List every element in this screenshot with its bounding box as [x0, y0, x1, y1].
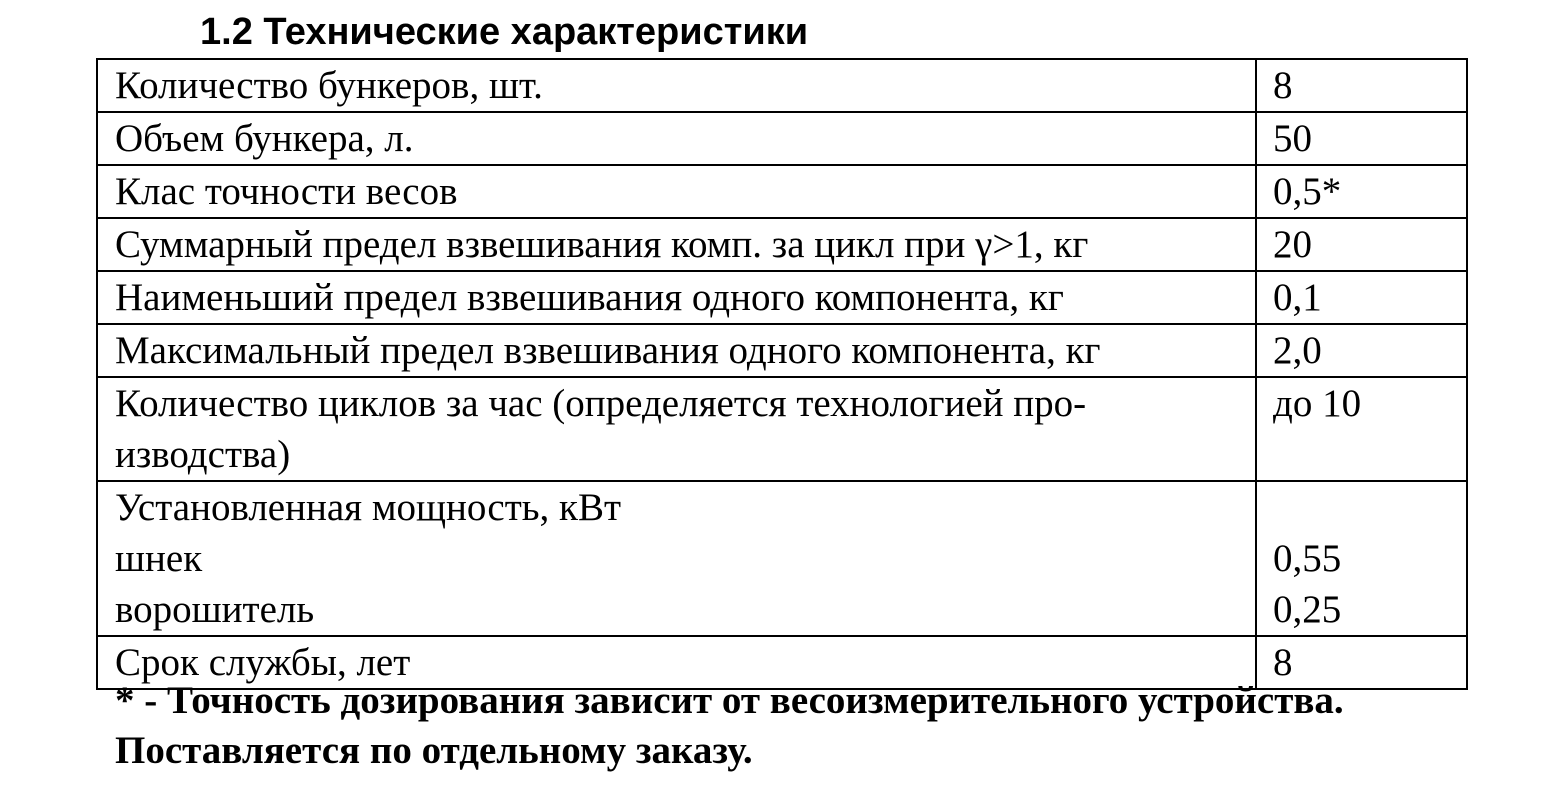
- spec-name-line: Количество циклов за час (определяется т…: [115, 378, 1255, 429]
- spec-value-cell: 0,55 0,25: [1256, 481, 1467, 636]
- spec-value: до 10: [1273, 378, 1466, 429]
- section-title: 1.2 Технические характеристики: [200, 6, 808, 58]
- spec-name-cell: Установленная мощность, кВт шнек ворошит…: [97, 481, 1256, 636]
- table-row-max-weighing-limit: Максимальный предел взвешивания одного к…: [97, 324, 1467, 377]
- spec-name-cell: Максимальный предел взвешивания одного к…: [97, 324, 1256, 377]
- spec-value: 8: [1273, 60, 1466, 111]
- spec-subitem-auger: шнек: [115, 533, 1255, 584]
- table-row-cycles-per-hour: Количество циклов за час (определяется т…: [97, 377, 1467, 481]
- spec-name-cell: Суммарный предел взвешивания комп. за ци…: [97, 218, 1256, 271]
- spec-name-cell: Наименьший предел взвешивания одного ком…: [97, 271, 1256, 324]
- footnote-line-order: Поставляется по отдельному заказу.: [115, 726, 1344, 776]
- spec-name-cell: Количество бункеров, шт.: [97, 59, 1256, 112]
- spec-value-cell: 8: [1256, 59, 1467, 112]
- spec-name: Максимальный предел взвешивания одного к…: [115, 325, 1255, 376]
- spec-value: 0,5*: [1273, 166, 1466, 217]
- spec-name-line: Установленная мощность, кВт: [115, 482, 1255, 533]
- table-row-total-weighing-limit: Суммарный предел взвешивания комп. за ци…: [97, 218, 1467, 271]
- spec-name-line: изводства): [115, 429, 1255, 480]
- specifications-table: Количество бункеров, шт. 8 Объем бункера…: [96, 58, 1468, 690]
- spec-value-blank: [1273, 482, 1466, 533]
- spec-name-cell: Количество циклов за час (определяется т…: [97, 377, 1256, 481]
- spec-subitem-agitator: ворошитель: [115, 584, 1255, 635]
- spec-value-cell: 0,5*: [1256, 165, 1467, 218]
- table-row-installed-power: Установленная мощность, кВт шнек ворошит…: [97, 481, 1467, 636]
- spec-value: 20: [1273, 219, 1466, 270]
- footnote-line-accuracy: * - Точность дозирования зависит от весо…: [115, 676, 1344, 726]
- spec-value: 50: [1273, 113, 1466, 164]
- spec-name: Объем бункера, л.: [115, 113, 1255, 164]
- spec-value-cell: до 10: [1256, 377, 1467, 481]
- spec-value: 2,0: [1273, 325, 1466, 376]
- table-row-hopper-count: Количество бункеров, шт. 8: [97, 59, 1467, 112]
- footnote: * - Точность дозирования зависит от весо…: [115, 676, 1344, 776]
- spec-value-cell: 50: [1256, 112, 1467, 165]
- spec-value: 0,1: [1273, 272, 1466, 323]
- spec-name-cell: Клас точности весов: [97, 165, 1256, 218]
- table-row-accuracy-class: Клас точности весов 0,5*: [97, 165, 1467, 218]
- spec-name: Суммарный предел взвешивания комп. за ци…: [115, 219, 1255, 270]
- spec-value-cell: 2,0: [1256, 324, 1467, 377]
- spec-value-auger: 0,55: [1273, 533, 1466, 584]
- spec-name: Наименьший предел взвешивания одного ком…: [115, 272, 1255, 323]
- spec-value-cell: 0,1: [1256, 271, 1467, 324]
- spec-name-cell: Объем бункера, л.: [97, 112, 1256, 165]
- table-row-min-weighing-limit: Наименьший предел взвешивания одного ком…: [97, 271, 1467, 324]
- spec-value-cell: 20: [1256, 218, 1467, 271]
- table-row-hopper-volume: Объем бункера, л. 50: [97, 112, 1467, 165]
- spec-name: Клас точности весов: [115, 166, 1255, 217]
- spec-name: Количество бункеров, шт.: [115, 60, 1255, 111]
- spec-value-agitator: 0,25: [1273, 584, 1466, 635]
